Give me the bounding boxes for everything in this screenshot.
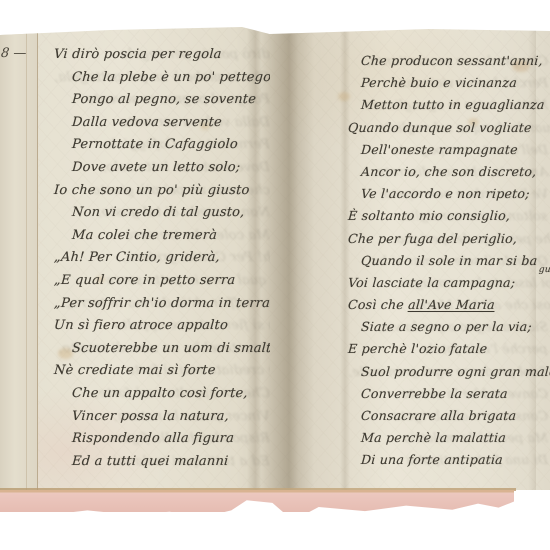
manuscript-line: Vincer possa la natura, xyxy=(71,406,270,429)
right-page: Che producon sessant'anni,Perchè buio e … xyxy=(306,26,550,490)
manuscript-line: Converrebbe la serata xyxy=(360,383,550,405)
manuscript-line: Quando dunque sol vogliate xyxy=(347,117,550,139)
manuscript-line: Suol produrre ogni gran male, xyxy=(360,361,550,383)
manuscript-line: Dell'oneste rampagnate xyxy=(360,139,550,161)
manuscript-line: Ma colei che tremerà xyxy=(71,225,270,248)
manuscript-line: Quando il sole in mar si bagua xyxy=(360,250,550,272)
manuscript-line: Un sì fiero atroce appalto xyxy=(53,315,270,338)
manuscript-line: Che per fuga del periglio, xyxy=(347,228,550,250)
manuscript-line: Pernottate in Cafaggiolo xyxy=(71,134,270,157)
underlined-phrase: all'Ave Maria xyxy=(408,297,496,312)
manuscript-line: „E qual core in petto serra xyxy=(53,270,270,293)
manuscript-line: Dove avete un letto solo; xyxy=(71,157,270,180)
manuscript-line: Che la plebe è un po' pettegola, xyxy=(71,67,270,90)
manuscript-line: Che un appalto così forte, xyxy=(71,383,270,406)
left-page-text: Vi dirò poscia per regolaChe la plebe è … xyxy=(54,44,270,473)
manuscript-line: Scuoterebbe un uom di smalto, xyxy=(71,338,270,361)
open-book: Vi dirò poscia per regolaChe la plebe è … xyxy=(0,26,550,512)
manuscript-line: Di una forte antipatia xyxy=(360,449,550,471)
manuscript-line: Vi dirò poscia per regola xyxy=(53,44,270,67)
right-page-text: Che producon sessant'anni,Perchè buio e … xyxy=(348,50,550,472)
manuscript-line: Ancor io, che son discreto, xyxy=(360,161,550,183)
manuscript-line: „Ah! Per Cintio, griderà, xyxy=(53,247,270,270)
manuscript-line: „Per soffrir ch'io dorma in terra„. xyxy=(53,293,270,316)
page-edge-stack-left xyxy=(0,26,38,490)
manuscript-line: Così che all'Ave Maria xyxy=(347,294,550,316)
manuscript-line: E perchè l'ozio fatale xyxy=(347,338,550,360)
manuscript-line: Pongo al pegno, se sovente xyxy=(71,89,270,112)
manuscript-line: Perchè buio e vicinanza xyxy=(360,72,550,94)
manuscript-line: Siate a segno o per la via; xyxy=(360,316,550,338)
manuscript-photo: Vi dirò poscia per regolaChe la plebe è … xyxy=(0,0,550,550)
left-page: Vi dirò poscia per regolaChe la plebe è … xyxy=(37,26,270,490)
manuscript-line: Che producon sessant'anni, xyxy=(360,50,550,72)
manuscript-line: Ed a tutti quei malanni xyxy=(71,451,270,474)
manuscript-line: Ma perchè la malattia xyxy=(360,427,550,449)
manuscript-line: È soltanto mio consiglio, xyxy=(347,205,550,227)
pink-fore-edge xyxy=(0,490,514,524)
manuscript-line: Non vi credo di tal gusto, xyxy=(71,202,270,225)
manuscript-line: Nè crediate mai sì forte xyxy=(53,360,270,383)
manuscript-line: Io che sono un po' più giusto xyxy=(53,180,270,203)
manuscript-line: Ve l'accordo e non ripeto; xyxy=(360,183,550,205)
manuscript-line: Voi lasciate la campagna; xyxy=(347,272,550,294)
manuscript-line: Metton tutto in eguaglianza xyxy=(360,94,550,116)
manuscript-line: Consacrare alla brigata xyxy=(360,405,550,427)
manuscript-line: Rispondendo alla figura xyxy=(71,428,270,451)
page-number: 8 — xyxy=(0,46,27,61)
manuscript-line: Dalla vedova servente xyxy=(71,112,270,135)
